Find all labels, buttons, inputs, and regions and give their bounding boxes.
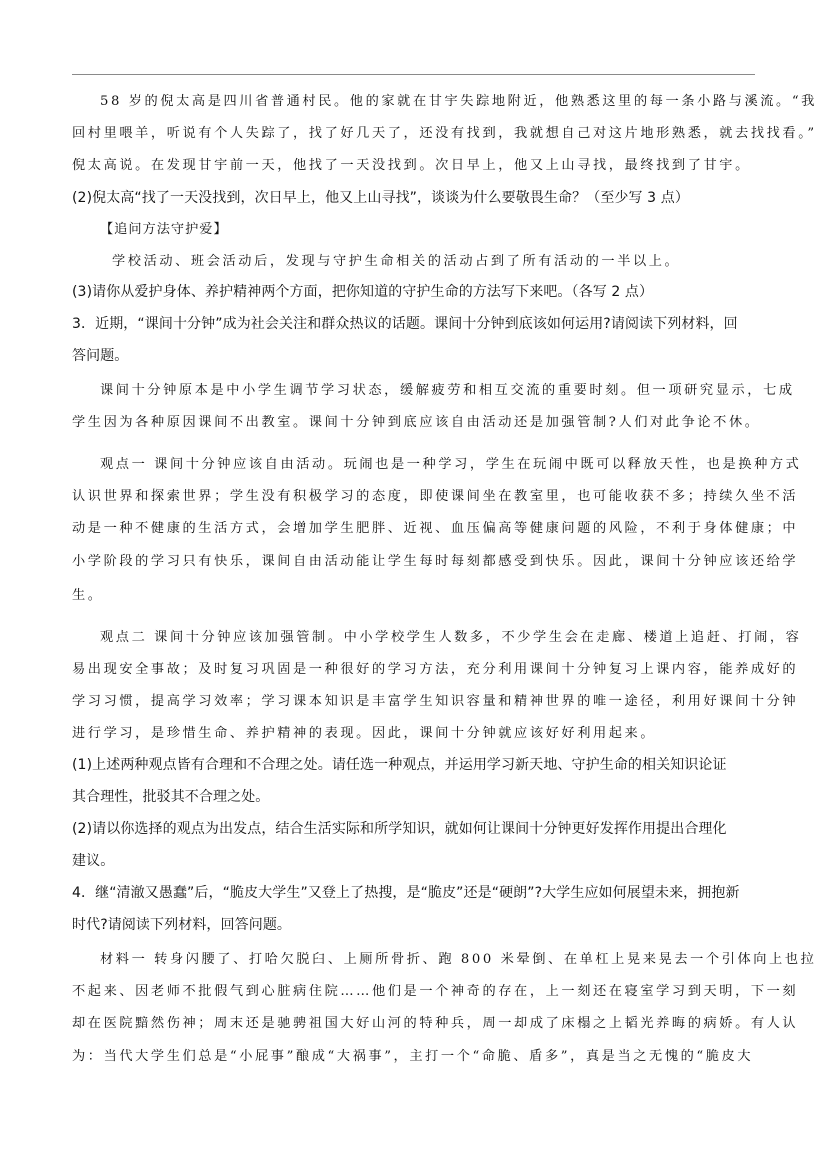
material-intro-line: 学生因为各种原因课间不出教室。课间十分钟到底应该自由活动还是加强管制?人们对此争…	[72, 413, 761, 433]
passage-line: 58 岁的倪太高是四川省普通村民。他的家就在甘宇失踪地附近，他熟悉这里的每一条小…	[100, 92, 817, 112]
material-1-line: 不起来、因老师不批假气到心脏病住院……他们是一个神奇的存在，上一刻还在寝室学习到…	[72, 982, 798, 1002]
viewpoint-1-line: 认识世界和探索世界；学生没有积极学习的态度，即使课间坐在教室里，也可能收获不多；…	[72, 487, 798, 507]
question-4-line: 4．继“清澈又愚蠢”后，“脆皮大学生”又登上了热搜，是“脆皮”还是“硬朗”?大学…	[72, 883, 740, 903]
viewpoint-2-line: 观点二 课间十分钟应该加强管制。中小学校学生人数多，不少学生会在走廊、楼道上追赶…	[100, 628, 801, 648]
viewpoint-1-line: 动是一种不健康的生活方式，会增加学生肥胖、近视、血压偏高等健康问题的风险，不利于…	[72, 519, 798, 539]
viewpoint-1-line: 观点一 课间十分钟应该自由活动。玩闹也是一种学习，学生在玩闹中既可以释放天性，也…	[100, 455, 801, 475]
question-1-2: (2)倪太高“找了一天没找到，次日早上，他又上山寻找”，谈谈为什么要敬畏生命？（…	[72, 188, 689, 208]
question-4-line: 时代?请阅读下列材料，回答问题。	[72, 915, 291, 935]
question-1-3: (3)请你从爱护身体、养护精神两个方面，把你知道的守护生命的方法写下来吧。（各写…	[72, 282, 653, 302]
passage-line: 回村里喂羊，听说有个人失踪了，找了好几天了，还没有找到，我就想自己对这片地形熟悉…	[72, 124, 817, 144]
passage-line: 倪太高说。在发现甘宇前一天，他找了一天没找到。次日早上，他又上山寻找，最终找到了…	[72, 156, 751, 176]
viewpoint-2-line: 易出现安全事故；及时复习巩固是一种很好的学习方法，充分利用课间十分钟复习上课内容…	[72, 660, 798, 680]
question-3-line: 3．近期，“课间十分钟”成为社会关注和群众热议的话题。课间十分钟到底该如何运用?…	[72, 314, 738, 334]
viewpoint-1-line: 小学阶段的学习只有快乐，课间自由活动能让学生每时每刻都感受到快乐。因此，课间十分…	[72, 552, 798, 572]
question-3-sub-1-line: (1)上述两种观点皆有合理和不合理之处。请任选一种观点，并运用学习新天地、守护生…	[72, 755, 727, 775]
question-3-line: 答问题。	[72, 346, 128, 366]
viewpoint-2-line: 进行学习，是珍惜生命、养护精神的表现。因此，课间十分钟就应该好好利用起来。	[72, 724, 656, 744]
viewpoint-1-line: 生。	[72, 586, 104, 606]
question-3-sub-1-line: 其合理性，批驳其不合理之处。	[72, 787, 269, 807]
question-3-sub-2-line: (2)请以你选择的观点为出发点，结合生活实际和所学知识，就如何让课间十分钟更好发…	[72, 819, 727, 839]
material-1-line: 为：当代大学生们总是“小屁事”酿成“大祸事”，主打一个“命脆、盾多”，真是当之无…	[72, 1047, 753, 1067]
material-1-line: 却在医院黯然伤神；周末还是驰骋祖国大好山河的特种兵，周一却成了床榻之上韬光养晦的…	[72, 1014, 798, 1034]
viewpoint-2-line: 学习习惯，提高学习效率；学习课本知识是丰富学生知识容量和精神世界的唯一途径，利用…	[72, 692, 798, 712]
material-intro-line: 课间十分钟原本是中小学生调节学习状态，缓解疲劳和相互交流的重要时刻。但一项研究显…	[100, 381, 795, 401]
section-text: 学校活动、班会活动后，发现与守护生命相关的活动占到了所有活动的一半以上。	[112, 252, 680, 272]
section-heading: 【追问方法守护爱】	[100, 220, 228, 240]
material-1-line: 材料一 转身闪腰了、打哈欠脱臼、上厕所骨折、跑 800 米晕倒、在单杠上晃来晃去…	[100, 950, 816, 970]
header-rule	[72, 74, 755, 75]
question-3-sub-2-line: 建议。	[72, 851, 114, 871]
